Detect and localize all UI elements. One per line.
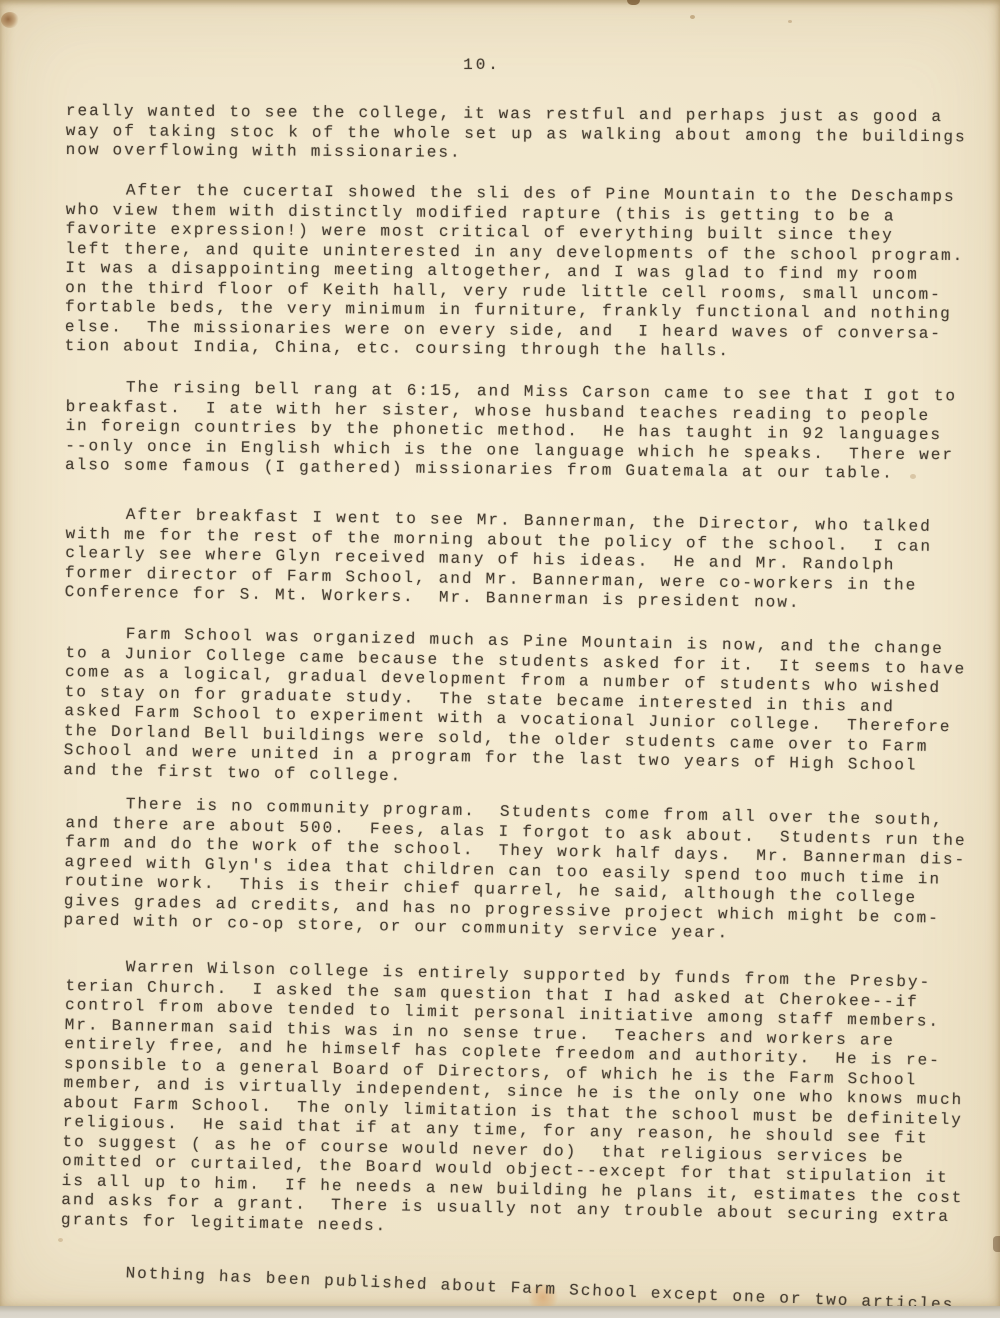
paper-speck bbox=[788, 20, 792, 23]
page-content: 10. really wanted to see the college, it… bbox=[66, 56, 988, 1282]
paragraph-3: The rising bell rang at 6:15, and Miss C… bbox=[65, 378, 988, 485]
document-page: 10. really wanted to see the college, it… bbox=[0, 0, 1000, 1307]
paragraph-6: There is no community program. Students … bbox=[63, 794, 988, 949]
paragraph-1: really wanted to see the college, it was… bbox=[66, 102, 988, 167]
paper-stain-top-edge bbox=[627, 0, 640, 5]
scan-background-strip bbox=[0, 1306, 1000, 1318]
paragraph-7: Warren Wilson college is entirely suppor… bbox=[61, 957, 988, 1248]
scanned-document: { "colors": { "paper": "#eee3c8", "ink":… bbox=[0, 0, 1000, 1318]
paper-speck bbox=[690, 15, 695, 19]
paragraph-5: Farm School was organized much as Pine M… bbox=[63, 624, 988, 797]
paper-edge-smudge bbox=[993, 1236, 1000, 1252]
paragraph-4: After breakfast I went to see Mr. Banner… bbox=[65, 505, 988, 616]
page-number: 10. bbox=[21, 56, 943, 76]
paper-stain-top-left bbox=[1, 12, 19, 28]
paragraph-2: After the cucertaI showed the sli des of… bbox=[65, 181, 988, 364]
paper-speck bbox=[58, 1238, 63, 1242]
